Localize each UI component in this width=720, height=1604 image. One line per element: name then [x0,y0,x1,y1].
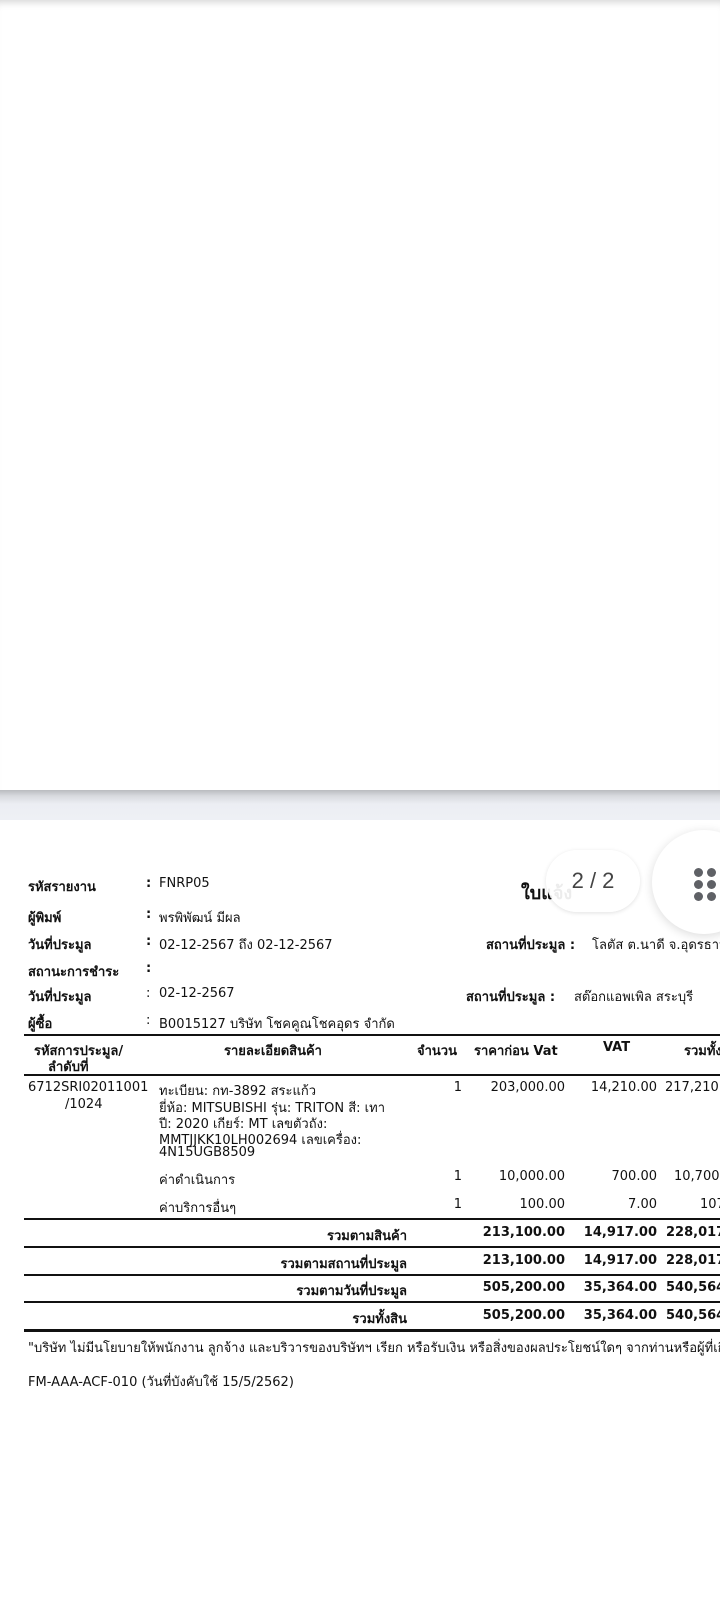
col-header-qty: จำนวน [417,1040,457,1061]
col-header-price: ราคาก่อน Vat [474,1040,558,1061]
subtotal-total: 228,017.00 [666,1253,720,1268]
row-total: 107.00 [700,1197,720,1212]
grand-total-label: รวมทั้งสิน [352,1308,407,1329]
printer-label: ผู้พิมพ์ [28,907,61,928]
row-qty: 1 [454,1197,462,1212]
policy-notice: "บริษัท ไม่มีนโยบายให้พนักงาน ลูกจ้าง แล… [28,1337,720,1358]
auction-date-label: วันที่ประมูล [28,934,92,955]
grand-total-total: 540,564.00 [666,1308,720,1323]
subtotal-rule [24,1218,720,1220]
subtotal-vat: 35,364.00 [584,1280,657,1295]
row-qty: 1 [454,1080,462,1095]
grand-total-vat: 35,364.00 [584,1308,657,1323]
menu-button[interactable] [652,830,720,934]
subtotal-price: 213,100.00 [483,1253,565,1268]
subtotal-label: รวมตามวันที่ประมูล [296,1280,407,1301]
row-vat: 700.00 [612,1169,658,1184]
form-code: FM-AAA-ACF-010 (วันที่บังคับใช้ 15/5/256… [28,1371,294,1392]
subtotal-vat: 14,917.00 [584,1253,657,1268]
subtotal-label: รวมตามสินค้า [327,1225,407,1246]
page-separator [0,790,720,821]
buyer-value: B0015127 บริษัท โชคคูณโชคอุดร จำกัด [159,1013,395,1034]
row-price: 100.00 [520,1197,566,1212]
subtotal-total: 540,564.00 [666,1280,720,1295]
page-indicator: 2 / 2 [546,850,640,912]
subtotal-price: 505,200.00 [483,1280,565,1295]
grand-total-rule [24,1329,720,1332]
row-detail: ค่าบริการอื่นๆ [159,1197,236,1218]
col-header-detail: รายละเอียดสินค้า [224,1040,322,1061]
table-top-rule [24,1034,720,1036]
grand-total-price: 505,200.00 [483,1308,565,1323]
report-code-label: รหัสรายงาน [28,876,96,897]
col-header-total: รวมทั้งสิ้น [684,1040,720,1061]
subtotal-rule [24,1301,720,1303]
auction-date-range: 02-12-2567 ถึง 02-12-2567 [159,934,333,955]
row-vat: 14,210.00 [591,1080,657,1095]
subtotal-rule [24,1246,720,1248]
auction-date2-value: 02-12-2567 [159,986,235,1001]
row-detail: ค่าดำเนินการ [159,1169,235,1190]
col-header-vat: VAT [603,1040,630,1055]
auction-place2-value: สต๊อกแอพเพิล สระบุรี [574,986,693,1007]
auction-place2-label: สถานที่ประมูล : [466,986,555,1007]
subtotal-vat: 14,917.00 [584,1225,657,1240]
printer-value: พรพิพัฒน์ มีผล [159,907,241,928]
row-seq: /1024 [65,1097,102,1112]
row-price: 203,000.00 [491,1080,565,1095]
row-detail-line: 4N15UGB8509 [159,1145,255,1160]
row-qty: 1 [454,1169,462,1184]
subtotal-price: 213,100.00 [483,1225,565,1240]
table-header-rule [24,1074,720,1076]
subtotal-total: 228,017.00 [666,1225,720,1240]
row-vat: 7.00 [628,1197,657,1212]
report-code-value: FNRP05 [159,876,210,891]
subtotal-label: รวมตามสถานที่ประมูล [281,1253,407,1274]
subtotal-rule [24,1274,720,1276]
auction-place-label: สถานที่ประมูล : [486,934,575,955]
grid-dots-icon [694,868,716,902]
buyer-label: ผู้ซื้อ [28,1013,52,1034]
row-total: 10,700.00 [674,1169,720,1184]
pdf-page-2: ใบแจ้ง รหัสรายงาน : FNRP05 ผู้พิมพ์ : พร… [0,820,720,1604]
row-code: 6712SRI02011001 [28,1080,148,1095]
payment-status-label: สถานะการชำระ [28,961,119,982]
row-total: 217,210.00 [665,1080,720,1095]
auction-place-value: โลตัส ต.นาดี จ.อุดรธานี [592,934,720,955]
pdf-page-1 [0,0,720,790]
auction-date2-label: วันที่ประมูล [28,986,92,1007]
row-price: 10,000.00 [499,1169,565,1184]
